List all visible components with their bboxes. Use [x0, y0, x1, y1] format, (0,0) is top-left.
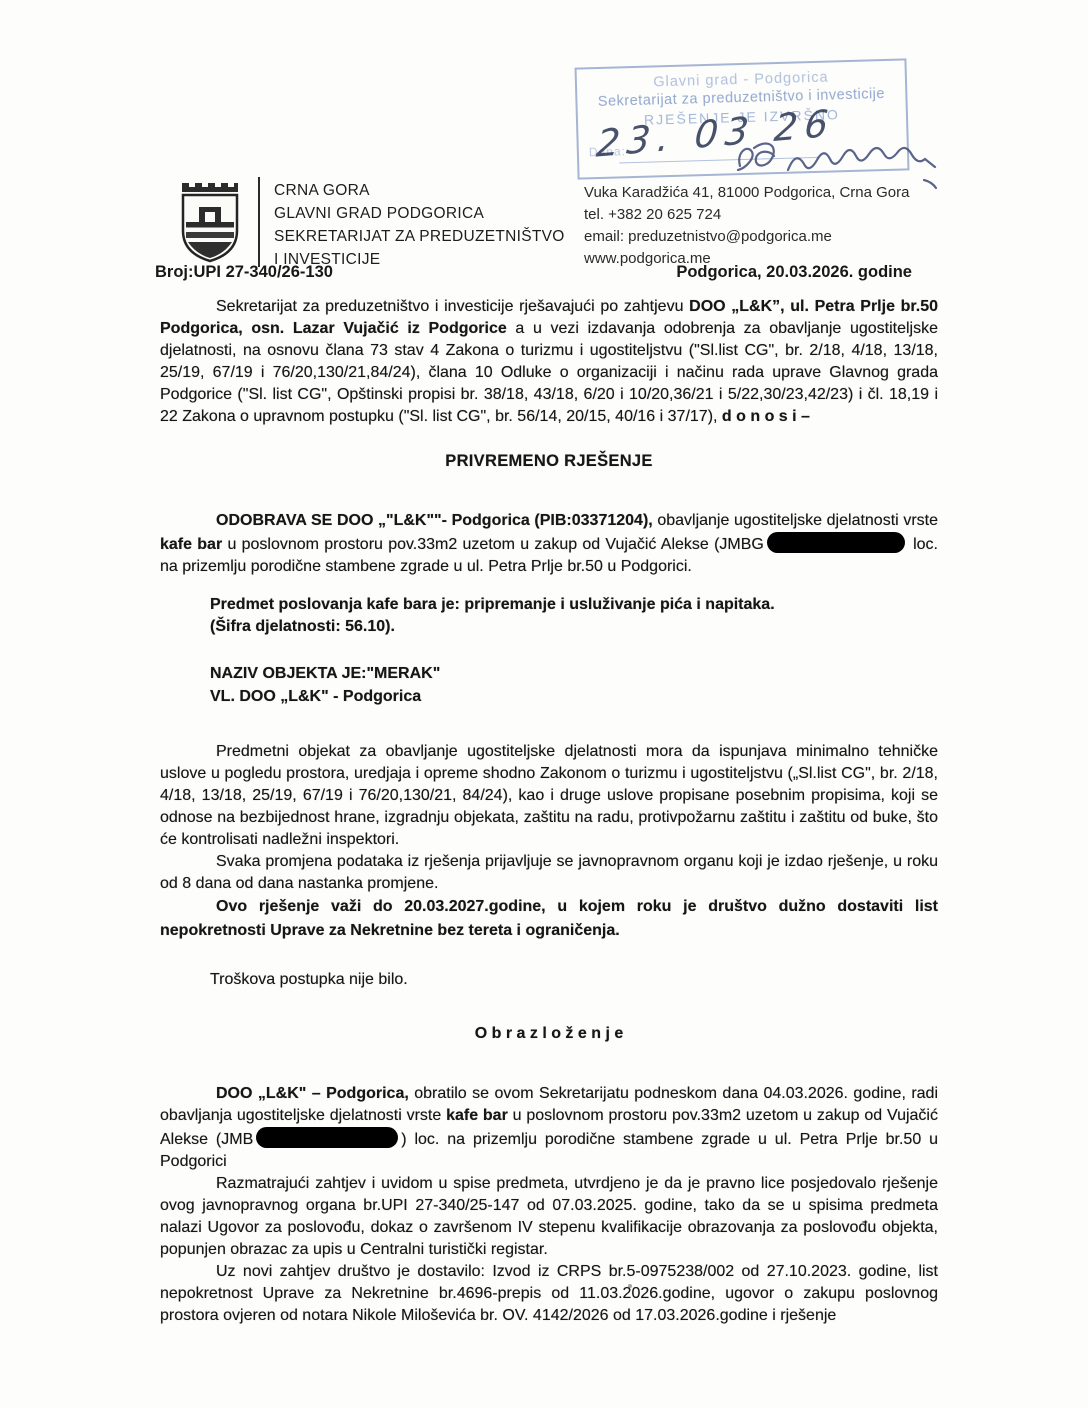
predmet-line-1: Predmet poslovanja kafe bara je: priprem… [210, 594, 938, 616]
contact-phone: tel. +382 20 625 724 [584, 204, 909, 226]
naziv-line-2: VL. DOO „L&K" - Podgorica [210, 685, 938, 708]
uslovi-paragraph: Predmetni objekat za obavljanje ugostite… [160, 741, 938, 851]
predmet-block: Predmet poslovanja kafe bara je: priprem… [210, 594, 938, 638]
obrazlozenje-heading: O b r a z l o ž e n j e [160, 1023, 938, 1045]
odobrava-kafe-bar: kafe bar [160, 536, 222, 553]
obrazlozenje-paragraph-3: Uz novi zahtjev društvo je dostavilo: Iz… [160, 1261, 938, 1327]
intro-paragraph: Sekretarijat za preduzetništvo i investi… [160, 296, 938, 428]
jmbg-redaction-box-2 [256, 1127, 398, 1148]
org-line-city: GLAVNI GRAD PODGORICA [274, 202, 565, 225]
naziv-block: NAZIV OBJEKTA JE:"MERAK" VL. DOO „L&K" -… [210, 662, 938, 708]
podgorica-coat-of-arms [174, 172, 246, 266]
intro-lead: Sekretarijat za preduzetništvo i investi… [216, 298, 689, 315]
odobrava-mid: obavljanje ugostiteljske djelatnosti vrs… [653, 512, 938, 529]
vazenje-paragraph: Ovo rješenje važi do 20.03.2027.godine, … [160, 895, 938, 942]
case-number: Broj:UPI 27-340/26-130 [155, 263, 333, 282]
intro-donosi: d o n o s i – [722, 408, 810, 425]
obr-p1-head: DOO „L&K" – Podgorica, [216, 1085, 409, 1102]
obrazlozenje-paragraph-1: DOO „L&K" – Podgorica, obratilo se ovom … [160, 1083, 938, 1173]
scan-speck [628, 1284, 632, 1288]
contact-block: Vuka Karadžića 41, 81000 Podgorica, Crna… [584, 182, 909, 270]
document-title: PRIVREMENO RJEŠENJE [160, 450, 938, 472]
promjena-paragraph: Svaka promjena podataka iz rješenja prij… [160, 851, 938, 895]
org-line-country: CRNA GORA [274, 179, 565, 202]
obrazlozenje-paragraph-2: Razmatrajući zahtjev i uvidom u spise pr… [160, 1173, 938, 1261]
place-and-date: Podgorica, 20.03.2026. godine [676, 263, 912, 282]
obr-p1-kafe-bar: kafe bar [446, 1107, 508, 1124]
header-divider [258, 177, 260, 267]
jmbg-redaction-box [767, 532, 905, 553]
reference-row: Broj:UPI 27-340/26-130 Podgorica, 20.03.… [155, 263, 912, 282]
contact-address: Vuka Karadžića 41, 81000 Podgorica, Crna… [584, 182, 909, 204]
org-name-block: CRNA GORA GLAVNI GRAD PODGORICA SEKRETAR… [274, 179, 565, 271]
contact-email: email: preduzetnistvo@podgorica.me [584, 226, 909, 248]
odobrava-mid2: u poslovnom prostoru pov.33m2 uzetom u z… [222, 536, 764, 553]
odobrava-head: ODOBRAVA SE DOO „"L&K""- Podgorica (PIB:… [216, 512, 653, 529]
document-body: Sekretarijat za preduzetništvo i investi… [160, 296, 938, 1327]
odobrava-paragraph: ODOBRAVA SE DOO „"L&K""- Podgorica (PIB:… [160, 510, 938, 578]
org-line-secretariat: SEKRETARIJAT ZA PREDUZETNIŠTVO [274, 225, 565, 248]
scanned-document-page: Glavni grad - Podgorica Sekretarijat za … [0, 0, 1088, 1408]
predmet-line-2: (Šifra djelatnosti: 56.10). [210, 616, 938, 638]
naziv-line-1: NAZIV OBJEKTA JE:"MERAK" [210, 662, 938, 685]
troskovi-line: Troškova postupka nije bilo. [210, 969, 938, 991]
